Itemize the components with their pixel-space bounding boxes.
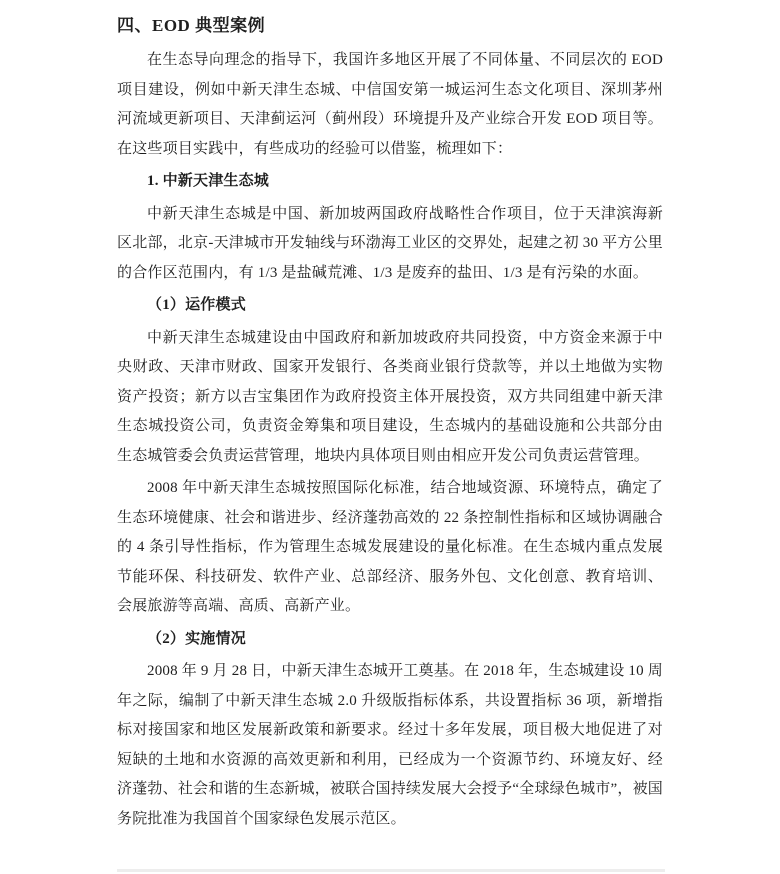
cutoff-next-line-sliver	[117, 869, 665, 872]
operation-mode-paragraph: 中新天津生态城建设由中国政府和新加坡政府共同投资，中方资金来源于中央财政、天津市…	[117, 324, 663, 472]
subsection-heading-implementation-status: （2）实施情况	[117, 625, 663, 655]
document-page: 四、EOD 典型案例 在生态导向理念的指导下，我国许多地区开展了不同体量、不同层…	[0, 0, 780, 874]
section-heading-sino-singapore-tianjin-eco-city: 1. 中新天津生态城	[117, 167, 663, 197]
eco-city-overview-paragraph: 中新天津生态城是中国、新加坡两国政府战略性合作项目，位于天津滨海新区北部，北京-…	[117, 200, 663, 289]
document-title: 四、EOD 典型案例	[117, 12, 663, 40]
implementation-paragraph: 2008 年 9 月 28 日，中新天津生态城开工奠基。在 2018 年，生态城…	[117, 657, 663, 834]
indicators-paragraph: 2008 年中新天津生态城按照国际化标准，结合地域资源、环境特点，确定了生态环境…	[117, 474, 663, 622]
subsection-heading-operation-mode: （1）运作模式	[117, 291, 663, 321]
intro-paragraph: 在生态导向理念的指导下，我国许多地区开展了不同体量、不同层次的 EOD 项目建设…	[117, 46, 663, 164]
